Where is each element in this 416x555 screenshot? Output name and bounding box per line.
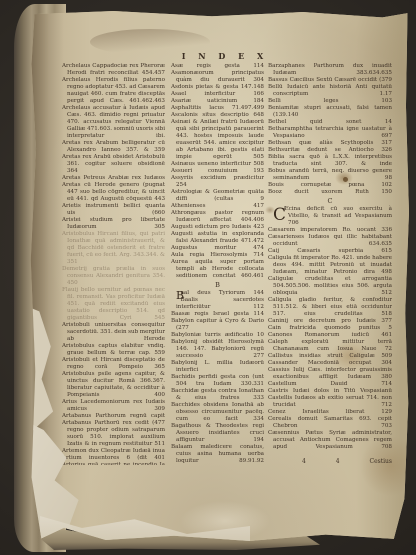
index-entry: Demetrij gratia prælia in suos consensu … (62, 266, 165, 287)
index-entry: Bethsan quæ aliàs Scythopolis 317 (268, 140, 392, 147)
index-entry: Arius Lacedemoniorum rex Iudæis amicus 3… (62, 399, 165, 413)
section-letter: C (268, 197, 392, 205)
index-entry: Beniamitæ stupri accusati, falsi tamen (… (268, 105, 392, 119)
index-entry: Biblia sacra quō à L.X.X. interpretibus … (268, 154, 392, 168)
index-entry: Bacchidæ gesta contra Ionathan & eius fr… (171, 388, 264, 402)
index-entry: Caligula gladio feritur, & confoditur 51… (268, 297, 392, 318)
index-entry: Archelaus Cappadociæ rex Pheroræ Herodi … (62, 63, 165, 77)
index-entry: Asael interficitur 166 (171, 91, 264, 98)
index-entry: Artemon dux Cleopatræ Iudæā inua (62, 448, 165, 455)
index-entry: Archelaus accusatur à Iudæis apud Cæs. 4… (62, 105, 165, 140)
index-entry: Caninij ore decretum pro Iudæis 377 (268, 318, 392, 325)
index-entry: Bethel quid sonet 14 (268, 119, 392, 126)
index-entry: Cain fratricida quomodo punitus 5 (268, 325, 392, 332)
index-entry: Cassander Macedoniā occupat 304 (268, 360, 392, 367)
index-entry: Asæ regis gesta 114 (171, 63, 264, 70)
photo-of-antique-book: I N D E X Archelaus Cappadociæ rex Phero… (0, 0, 416, 555)
index-entry: Babylon capitur à Cyro & Dario (277 (171, 318, 264, 332)
index-entry: CÆcina deficit cū suo exercitu à Vitelli… (268, 206, 392, 227)
index-entry: Castellis Iudæos ab exitio seruat 714. n… (268, 395, 392, 409)
index-entry: Ascalonis situs descriptio 648 (171, 112, 264, 119)
index-entry: Bethsuritæ dedunt se Antiocho 326 (268, 147, 392, 154)
index-entry: Aretas rex Arabū obsidet Aristobulū 361.… (62, 154, 165, 175)
index-entry: Balaam maledicere conatus, cuius asina h… (171, 444, 264, 465)
index-entry: Caligulæ crudelitas et arrogantia 504.50… (268, 276, 392, 297)
index-column-1: Archelaus Cappadociæ rex Pheroræ Herodi … (62, 63, 165, 465)
index-entry: Aristobuli et Hircani disceptatio de reg… (62, 357, 165, 371)
index-entry: Bobus arandū terrā, neq. diuerso genere … (268, 168, 392, 182)
index-entry: Aristei studium pro libertate Iudæorum 3… (62, 217, 165, 231)
index-entry: Bassus Cæcilius Sextū Cæsarē occidit (37… (268, 77, 392, 84)
index-entry: Cerealis domuit Samaritas 693. cepit Che… (268, 416, 392, 430)
signature-line: 4 4 Cestius (268, 458, 392, 465)
index-entry: Caij Cæsaris superbia 615 (268, 248, 392, 255)
index-entry: Castris Iudæi dolos in Titū Vespasianū (268, 388, 392, 395)
index-entry: Cenez Israelitas liberat 129 (268, 409, 392, 416)
index-entry: Aristobuli uniuersitas consequitur sacer… (62, 322, 165, 343)
index-heading: I N D E X (170, 51, 280, 61)
book-page: I N D E X Archelaus Cappadociæ rex Phero… (30, 11, 409, 541)
index-entry: Aristobulus captus elabitur vndiq. graue… (62, 343, 165, 357)
index-entry: Arietis instrumenti bellici quanta uis (… (62, 203, 165, 217)
index-entry: Asariæ uaticinium 184 (171, 98, 264, 105)
index-entry: Cæsennius Pætus Syriæ administrator, acc… (268, 430, 392, 451)
signature-mark: 4 4 (302, 458, 354, 465)
index-column-3: Barzaphanes Parthorum dux inuadit Iudæam… (268, 63, 392, 465)
index-entry: Flauij bello uernitur ad pœnas nec fil. … (62, 287, 165, 322)
index-entry: Bellū Iudaicū ante historiā Anti quitatū… (268, 84, 392, 98)
index-entry: Athrongæus pastor regnum Iudæorū affecta… (171, 210, 264, 224)
index-entry: Asinæi & Anilæi fratrū Iudæorū quā sibi … (171, 119, 264, 161)
index-entry: Bachidis perfidi gesta con (unt 504 tra … (171, 374, 264, 388)
index-entry: Artorius quā cauerit ne incendio Ia (62, 462, 165, 465)
index-entry: Baasæ regis Israel gesta 114 (171, 311, 264, 318)
index-entry: Assyriis excidium prædicitur 254 (171, 175, 264, 189)
index-entry: Betharamphtha tetrarchia igne uastatur à… (268, 126, 392, 140)
index-entry: Archelaus Herodis filius paterno regno a… (62, 77, 165, 105)
index-entry: Cassius Iulij Cæs. interfector grauissim… (268, 367, 392, 381)
index-entry: Baalis sacerdotes interficiūtur 112 (171, 297, 264, 311)
index-entry: Callistus insidias struit Caligulæ 509 (268, 353, 392, 360)
index-entry: Artabanus Parthorū rex cedit (477 regno … (62, 420, 165, 448)
index-entry: Augusti astutia in exploranda falsi Alex… (171, 231, 264, 245)
index-entry: Augustus moritur 474 (171, 245, 264, 252)
index-entry: Aula regia Hierosolymis 714 (171, 252, 264, 259)
index-entry: Caleph exploratū mittitur terrā Chananæa… (268, 339, 392, 353)
index-entry: Asphaltitis lacus 71.497.499 (171, 105, 264, 112)
drop-cap: C (273, 207, 286, 223)
index-entry: Belli leges 103 (268, 98, 392, 105)
index-entry: Astrologiæ & Geometriæ quāta diffi (cult… (171, 189, 264, 203)
index-entry: Cæsarienses Iudæos qui illic habitabant … (268, 234, 392, 248)
index-entry: Caligula fit imperator Ro. 421. unde hab… (268, 255, 392, 276)
index-entry: Babylonij L. millia Iudæorū interfici (171, 360, 264, 374)
catchword: Cestius (370, 458, 393, 465)
index-entry: Babyloniæ turris ædificatio 10 (171, 332, 264, 339)
index-entry: Augusti edictum pro Iudæis 423 (171, 224, 264, 231)
index-entry: Asamonæorum principatus quàm diu durauer… (171, 70, 264, 84)
index-entry: Booz ducit uxorem Ruth 150 (268, 189, 392, 196)
index-entry: Aurea aquila super portam templi ab Hero… (171, 259, 264, 280)
section-letter: B (171, 281, 264, 289)
index-entry: Bacchides obsidens Ionathā ab obsesso ci… (171, 402, 264, 423)
index-entry: Baal deus Tyriorum 144 (171, 290, 264, 297)
index-entry: Aristobulus Hircani filius, qui patri Io… (62, 231, 165, 266)
index-entry: Cæsarem imperatorem Ro. uocant 336 (268, 227, 392, 234)
index-entry: Babylonij obsidēt Hierosolymā 146. 147. … (171, 339, 264, 360)
index-entry: Aristobulus psile agens capitur, & uinct… (62, 371, 165, 399)
index-entry: Aretas Petreus Arabiæ rex Iudæos (62, 175, 165, 182)
index-entry: Bouis cornupetæ pœna 102 (268, 182, 392, 189)
index-entry: Bagathous & Theodestes regi Assuero insi… (171, 423, 264, 444)
index-entry: Castellum Dauid 714 (268, 381, 392, 388)
index-entry: Assueri conuiuium 193 (171, 168, 264, 175)
index-entry: Aretas cū Herode genero (pugnat 447 suo … (62, 182, 165, 203)
index-column-2: Asæ regis gesta 114Asamonæorum principat… (171, 63, 264, 465)
index-entry: Artabanus Parthorum regnū capit (62, 413, 165, 420)
index-entry: Asinæus ueneno interficitur 508 (171, 161, 264, 168)
index-entry: Athenienses 417 (171, 203, 264, 210)
index-entry: Artium inuentores 6 (dit 401 (62, 455, 165, 462)
index-entry: Canones Romanorum iudicū 461 (268, 332, 392, 339)
index-entry: Aretas rex Arabum belligeratur cū Alexan… (62, 140, 165, 154)
index-entry: Asdonis pietas & gesta 147.148 (171, 84, 264, 91)
index-entry: Barzaphanes Parthorum dux inuadit Iudæam… (268, 63, 392, 77)
